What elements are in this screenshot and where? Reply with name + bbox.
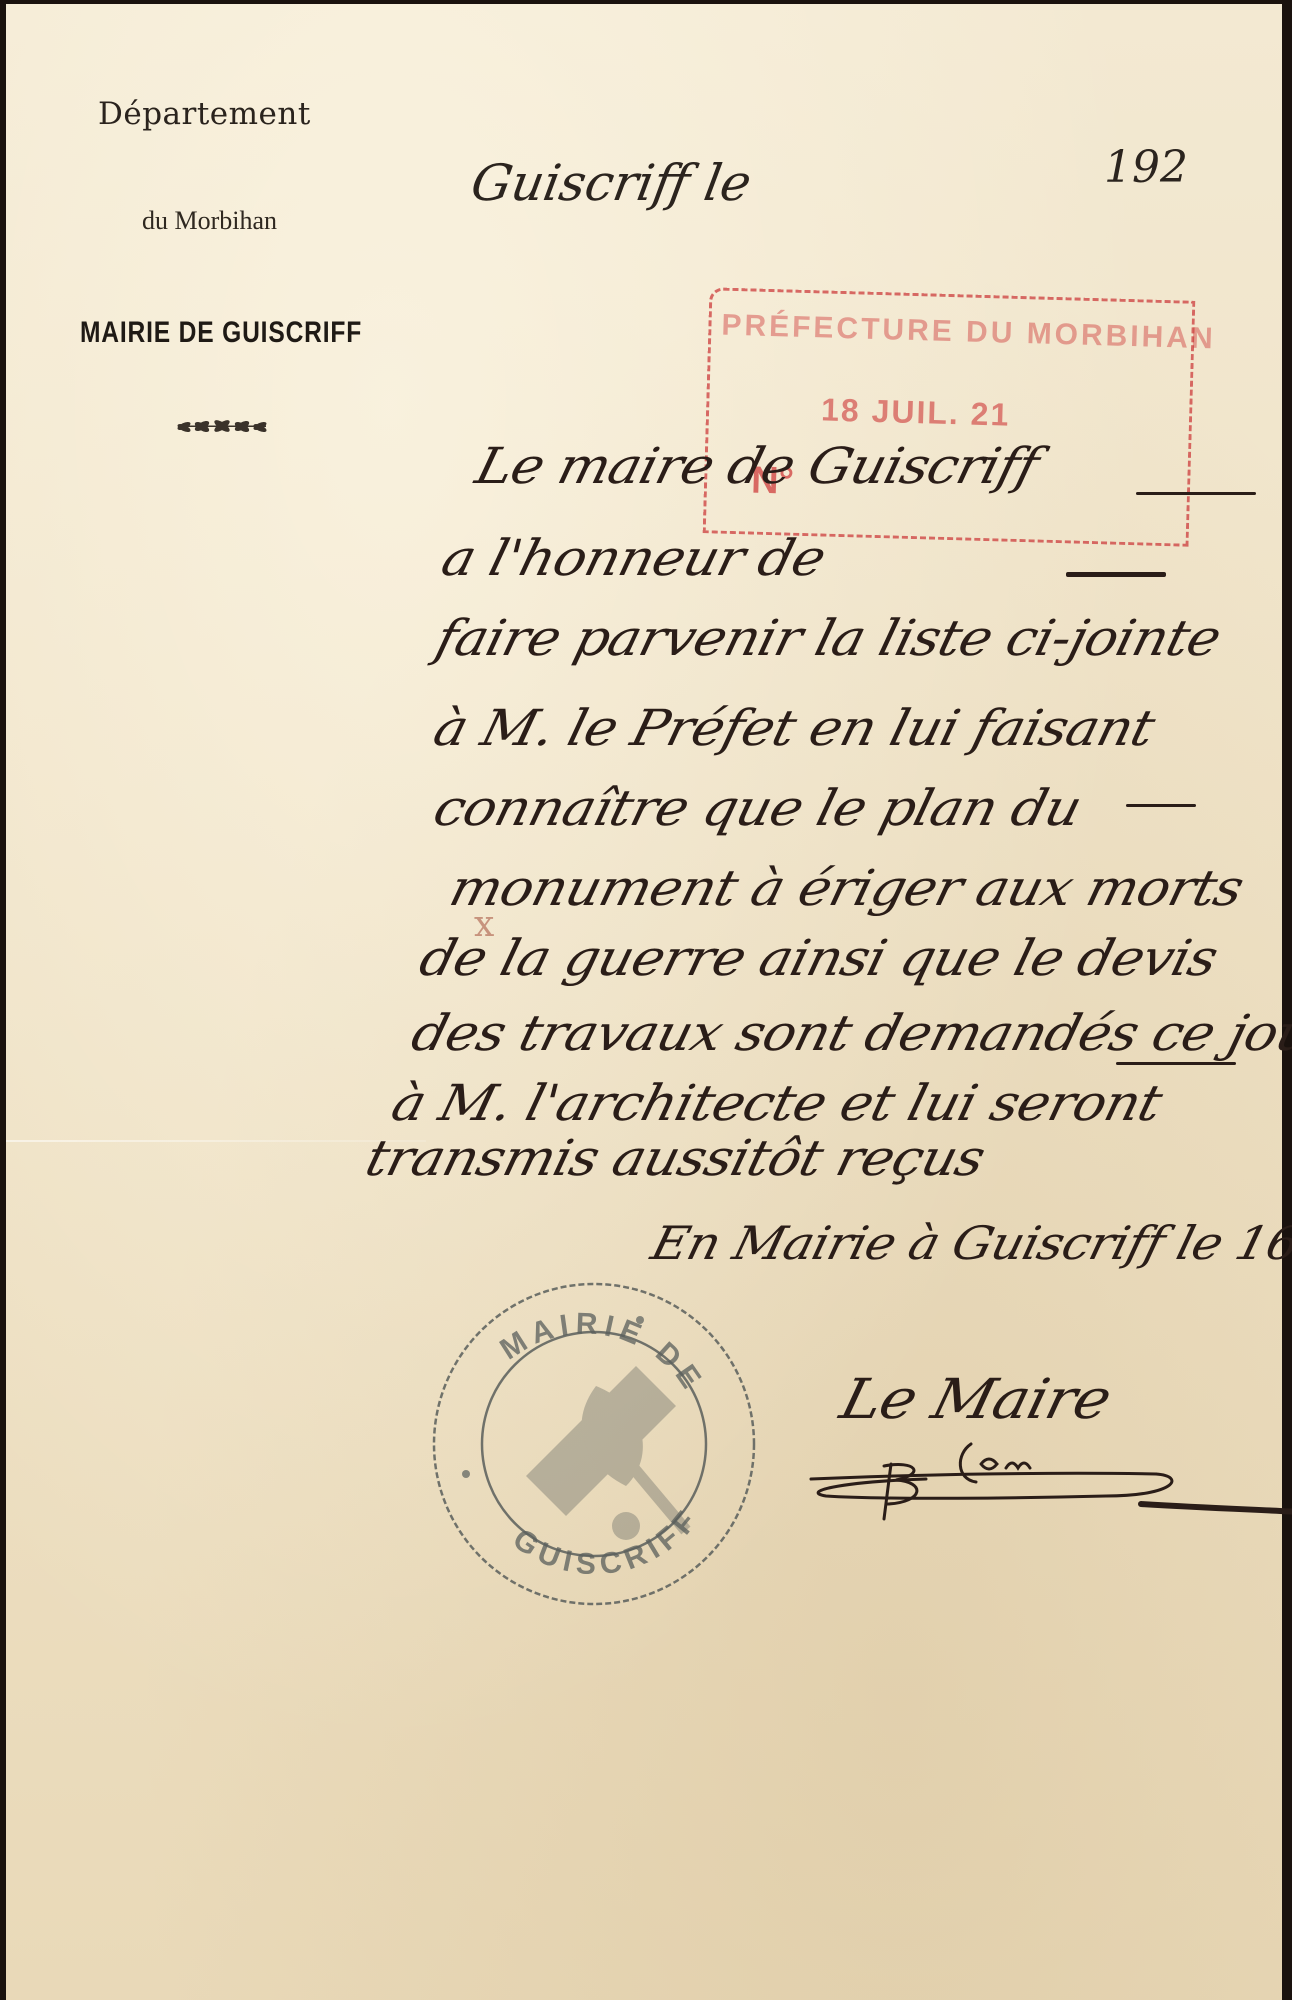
body-line: a l'honneur de [436,529,831,587]
body-line: connaître que le plan du [428,779,1087,837]
paper-fold-line [6,1140,426,1142]
svg-text:GUISCRIFF: GUISCRIFF [503,1492,714,1598]
body-line: de la guerre ainsi que le devis [414,929,1223,987]
stamp-title: PRÉFECTURE DU MORBIHAN [721,309,1216,357]
body-line: transmis aussitôt reçus [360,1129,990,1187]
municipal-seal-icon: MAIRIE DE GUISCRIFF [426,1276,762,1612]
seal-bottom-text: GUISCRIFF [503,1492,714,1598]
signatory-title: Le Maire [834,1368,1117,1432]
reddish-pencil-mark: x [474,904,494,945]
body-line: des travaux sont demandés ce jour [406,1004,1292,1062]
body-line: faire parvenir la liste ci-jointe [430,609,1226,667]
scanned-document: Département du Morbihan MAIRIE DE GUISCR… [0,0,1292,2000]
letterhead-year: 192 [1104,142,1188,193]
letterhead-place-date: Guiscriff le [467,154,756,212]
ink-flourish [1136,492,1256,495]
body-line: à M. le Préfet en lui faisant [428,699,1160,757]
body-line: à M. l'architecte et lui seront [386,1074,1167,1132]
paper-sheet: Département du Morbihan MAIRIE DE GUISCR… [6,4,1282,2000]
letterhead-department-name: du Morbihan [142,206,277,236]
stamp-date: 18 JUIL. 21 [821,391,1011,433]
letterhead-office: MAIRIE DE GUISCRIFF [80,316,362,350]
laurel-ornament-icon [172,414,272,438]
letterhead-department-label: Département [98,96,311,132]
closing-place-date: En Mairie à Guiscriff le 16-7-21 [646,1217,1292,1270]
ink-flourish [1066,572,1166,577]
ink-flourish [1126,804,1196,807]
ink-flourish [1116,1062,1236,1065]
mayor-signature-icon [806,1424,1292,1524]
body-line: monument à ériger aux morts [444,859,1249,917]
body-line: Le maire de Guiscriff [470,437,1044,495]
prefecture-receipt-stamp: PRÉFECTURE DU MORBIHAN 18 JUIL. 21 N° [703,287,1196,546]
